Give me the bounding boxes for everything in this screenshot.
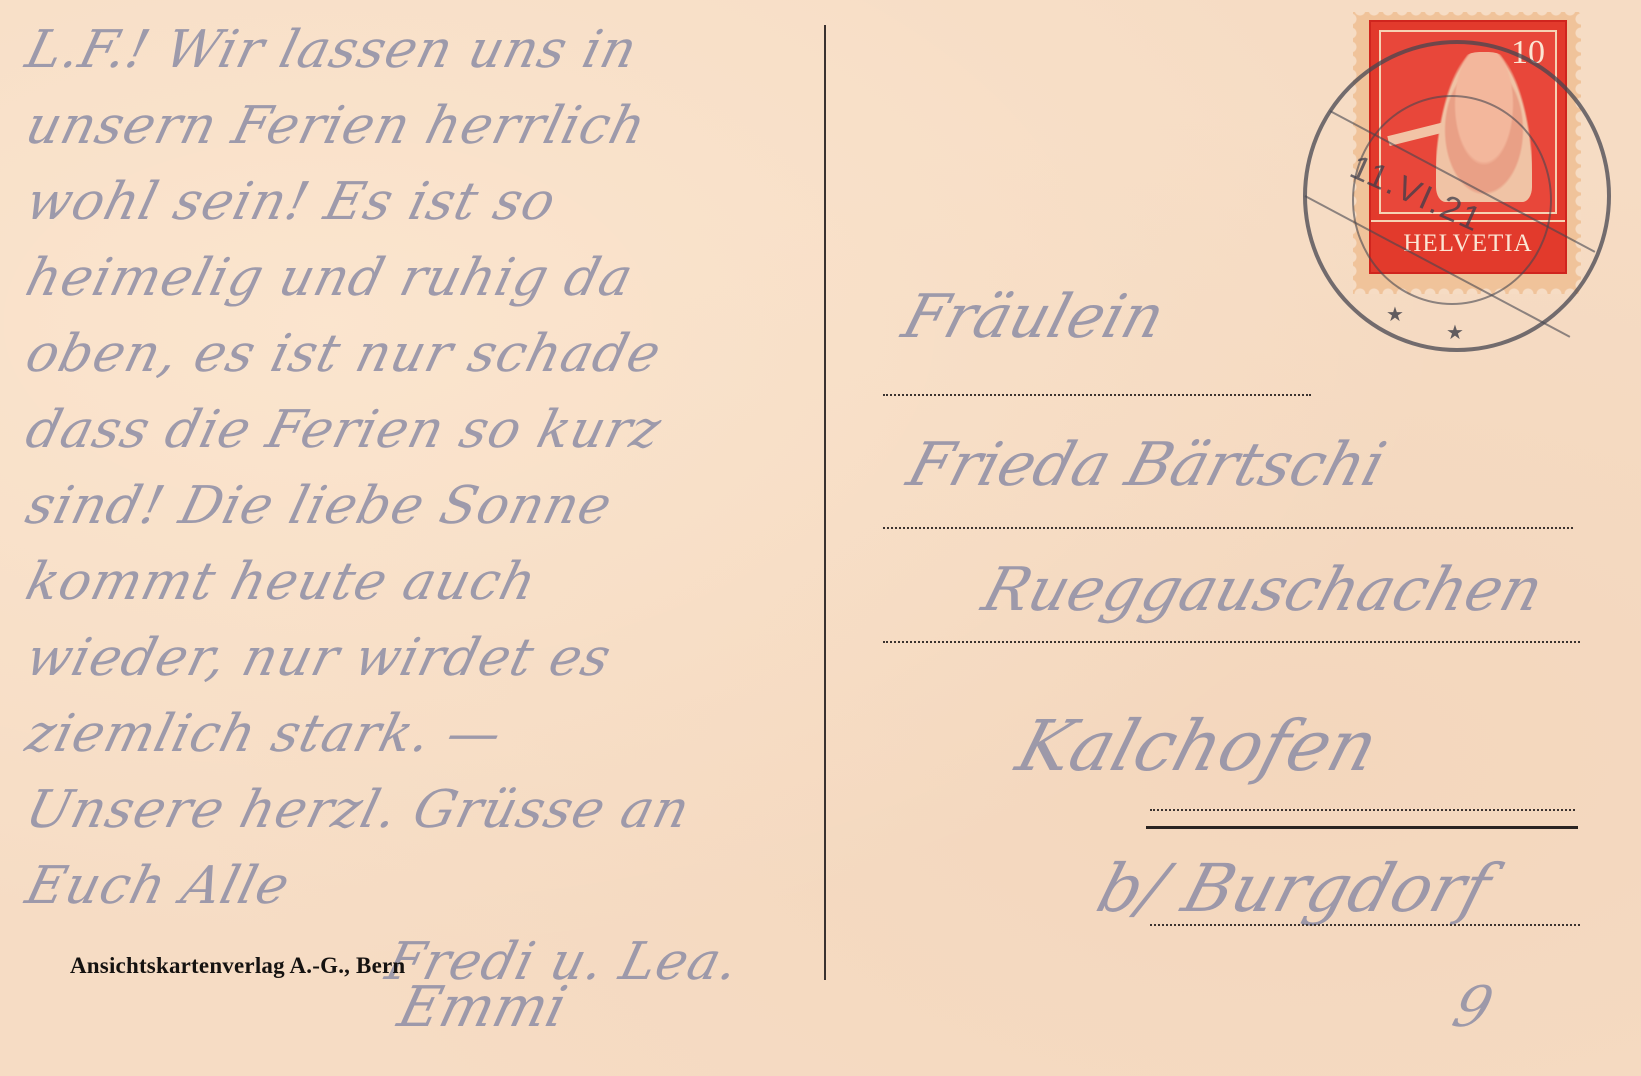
center-divider [824,25,826,980]
address-dotted-line [1150,809,1575,811]
address-line-town: Kalchofen [1008,705,1387,787]
address-line-street: Rueggauschachen [975,555,1551,625]
address-dotted-line [883,641,1580,643]
address-underline [1146,826,1578,829]
star-icon: ★ [1446,320,1464,345]
postcard: L.F.! Wir lassen uns in unsern Ferien he… [0,0,1641,1076]
publisher-imprint: Ansichtskartenverlag A.-G., Bern [70,953,405,979]
address-line-name: Frieda Bärtschi [900,430,1393,500]
signature: Emmi [392,975,573,1040]
address-note: 9 [1446,975,1500,1040]
star-icon: ★ [1386,302,1404,327]
address-dotted-line [1150,924,1580,926]
address-dotted-line [883,394,1311,396]
message-line: kommt heute auch [18,544,827,620]
address-dotted-line [883,527,1573,529]
message-line: wieder, nur wirdet es [18,620,827,696]
message-line: Euch Alle [18,848,827,924]
address-line-district: b/ Burgdorf [1089,850,1499,927]
message-line: oben, es ist nur schade [18,316,827,392]
message-line: unsern Ferien herrlich [18,88,827,164]
address-line-salutation: Fräulein [895,282,1172,352]
message-line: heimelig und ruhig da [18,240,827,316]
message-line: sind! Die liebe Sonne [18,468,827,544]
message-line: wohl sein! Es ist so [18,164,827,240]
message-line: Unsere herzl. Grüsse an [18,772,827,848]
message-line: dass die Ferien so kurz [18,392,827,468]
handwritten-message: L.F.! Wir lassen uns in unsern Ferien he… [18,12,808,1000]
message-line: ziemlich stark. — [18,696,827,772]
message-line: L.F.! Wir lassen uns in [18,12,827,88]
